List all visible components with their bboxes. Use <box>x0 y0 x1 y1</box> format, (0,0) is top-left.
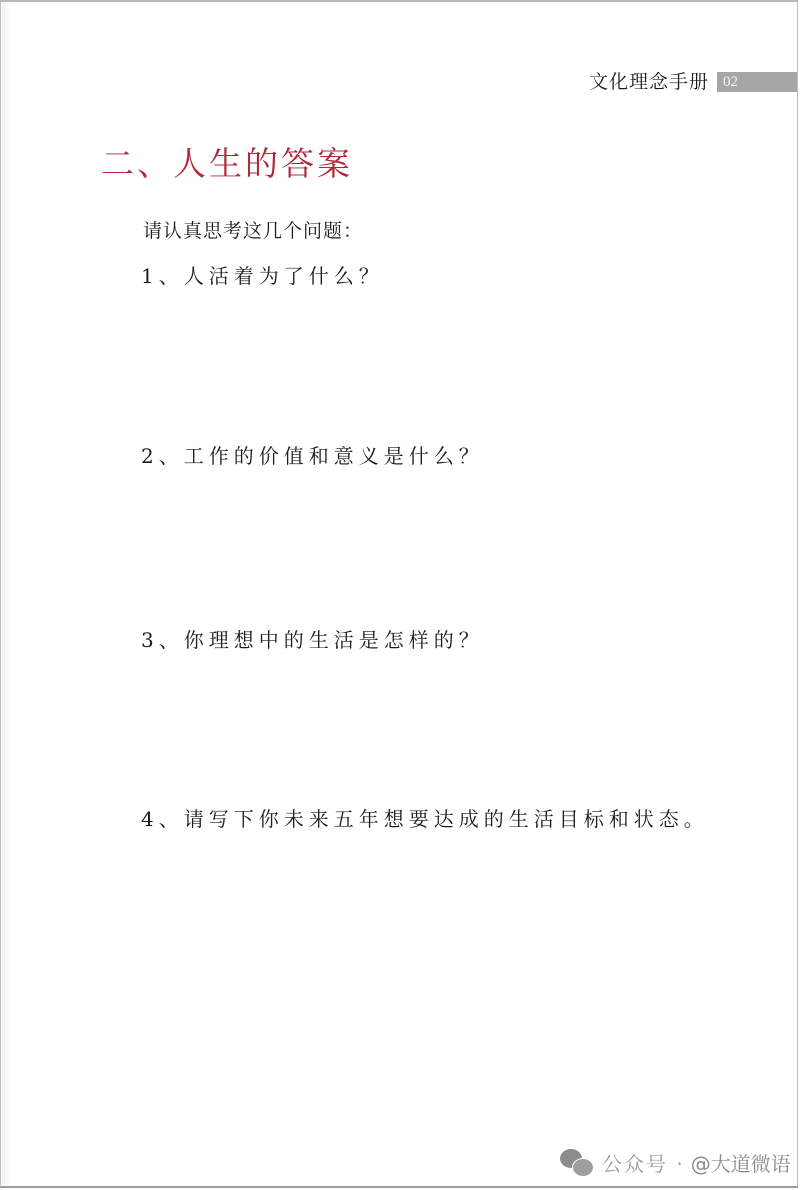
intro-text: 请认真思考这几个问题： <box>143 216 363 243</box>
question-3: 3、你理想中的生活是怎样的？ <box>141 624 484 653</box>
section-heading: 二、人生的答案 <box>101 138 353 185</box>
question-4: 4、请写下你未来五年想要达成的生活目标和状态。 <box>141 803 709 832</box>
question-1: 1、人活着为了什么？ <box>141 260 384 289</box>
running-header: 文化理念手册 02 <box>589 70 797 94</box>
watermark-handle: @大道微语 <box>691 1148 791 1177</box>
page-number-tab: 02 <box>717 72 797 92</box>
document-page: 文化理念手册 02 二、人生的答案 请认真思考这几个问题： 1、人活着为了什么？… <box>0 0 798 1188</box>
question-2: 2、工作的价值和意义是什么？ <box>141 440 484 469</box>
wechat-icon <box>560 1149 594 1177</box>
watermark-label: 公众号 · <box>602 1148 685 1177</box>
page-edge-shade <box>2 2 12 1186</box>
watermark: 公众号 · @大道微语 <box>560 1148 791 1177</box>
handbook-title: 文化理念手册 <box>589 70 709 94</box>
